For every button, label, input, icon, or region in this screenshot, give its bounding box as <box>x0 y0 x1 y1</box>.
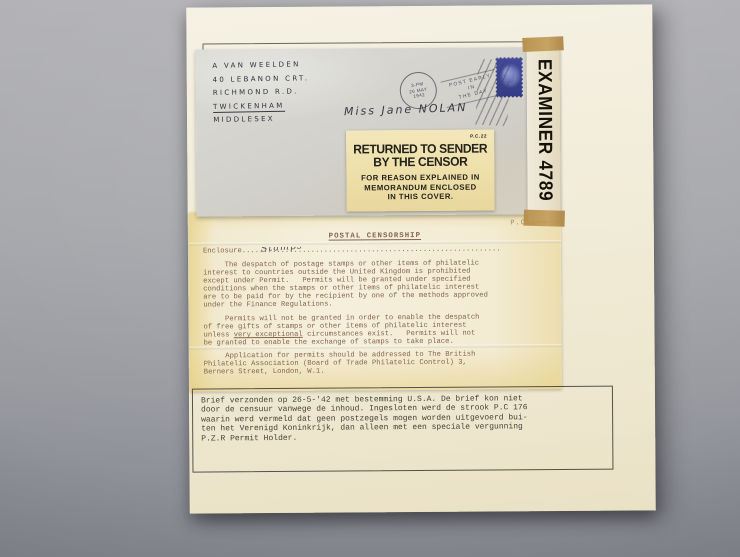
sender-line: RICHMOND R.D. <box>213 85 310 100</box>
brown-tape-bottom <box>524 210 565 227</box>
label-body-line: MEMORANDUM ENCLOSED <box>346 182 494 192</box>
enclosure-label: Enclosure <box>203 247 242 255</box>
sender-address: A VAN WEELDEN 40 LEBANON CRT. RICHMOND R… <box>212 58 310 128</box>
dutch-annotation: Brief verzonden op 26-5-'42 met bestemmi… <box>201 394 528 443</box>
censorship-memorandum: P.C.176 POSTAL CENSORSHIP Enclosure.....… <box>189 210 562 392</box>
cancel-lines <box>475 59 510 126</box>
memo-paragraph-3: Application for permits should be addres… <box>204 350 554 377</box>
memo-paragraph-2: Permits will not be granted in order to … <box>203 313 553 348</box>
returned-to-sender-label: P.C.22 RETURNED TO SENDER BY THE CENSOR … <box>346 129 495 211</box>
addressee-handwriting: Miss Jane NOLAN <box>344 101 468 118</box>
annotation-box: Brief verzonden op 26-5-'42 met bestemmi… <box>192 386 614 473</box>
censor-tape: EXAMINER 4789 <box>526 39 560 221</box>
sender-line-underlined: TWICKENHAM <box>213 101 285 112</box>
postmark-year: 1942 <box>413 92 426 99</box>
sender-line: MIDDLESEX <box>213 113 310 128</box>
enclosure-line: Enclosure...............................… <box>203 245 553 255</box>
photo-of-censored-cover: A VAN WEELDEN 40 LEBANON CRT. RICHMOND R… <box>0 0 740 557</box>
label-body-line: IN THIS COVER. <box>347 192 495 202</box>
sender-line: A VAN WEELDEN <box>212 58 309 73</box>
album-page: A VAN WEELDEN 40 LEBANON CRT. RICHMOND R… <box>186 4 656 513</box>
label-title-line: BY THE CENSOR <box>349 156 491 170</box>
memo-paragraph-1: The despatch of postage stamps or other … <box>203 259 553 310</box>
brown-tape-top <box>522 36 564 52</box>
envelope: A VAN WEELDEN 40 LEBANON CRT. RICHMOND R… <box>196 47 560 217</box>
examiner-number: EXAMINER 4789 <box>532 59 555 202</box>
label-form-code: P.C.22 <box>470 134 487 139</box>
